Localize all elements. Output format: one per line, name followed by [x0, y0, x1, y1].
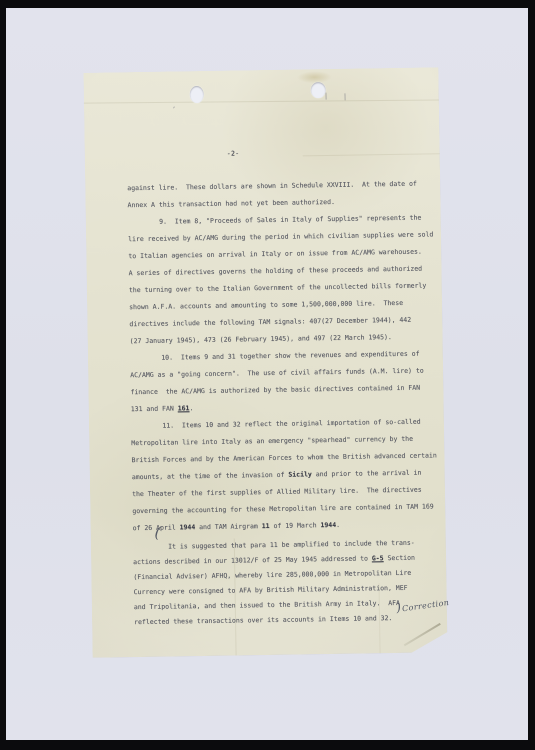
- text-segment: of 19 March: [269, 521, 320, 530]
- text-segment: 11. Items 10 and 32 reflect the original…: [131, 418, 421, 431]
- text-segment: Section: [383, 554, 414, 562]
- text-segment: British Forces and by the American Force…: [131, 451, 436, 464]
- text-segment: (Financial Adviser) AFHQ, whereby lire 2…: [133, 569, 411, 581]
- text-segment: .: [336, 521, 340, 529]
- text-segment: G-5: [372, 554, 384, 562]
- text-segment: 11: [262, 522, 270, 530]
- text-segment: .: [189, 404, 193, 412]
- photo-frame: , | | -2- against lire. These dollars ar…: [0, 0, 535, 750]
- text-segment: shown A.F.A. accounts and amounting to s…: [129, 299, 403, 311]
- text-segment: to Italian agencies on arrival in Italy …: [128, 248, 422, 261]
- text-segment: Sicily: [288, 470, 312, 478]
- text-segment: It is suggested that para 11 be amplifie…: [133, 539, 415, 551]
- text-segment: reflected these transactions over its ac…: [134, 614, 392, 626]
- text-segment: 9. Item 8, "Proceeds of Sales in Italy o…: [128, 214, 422, 227]
- text-segment: against lire. These dollars are shown in…: [127, 180, 417, 193]
- text-segment: directives include the following TAM sig…: [129, 316, 411, 328]
- text-segment: AC/AMG as a "going concern". The use of …: [130, 367, 424, 380]
- text-segment: 161: [178, 404, 190, 412]
- text-segment: 1944: [179, 523, 195, 531]
- document-paper: , | | -2- against lire. These dollars ar…: [83, 67, 447, 658]
- text-segment: and Tripolitania, and then issued to the…: [134, 599, 400, 611]
- text-segment: governing the accounting for these Metro…: [132, 502, 433, 515]
- text-segment: actions described in our 13012/F of 25 M…: [133, 554, 372, 566]
- mat-background: , | | -2- against lire. These dollars ar…: [6, 8, 528, 740]
- text-segment: Currency were consigned to AFA by Britis…: [134, 584, 408, 596]
- text-segment: 131 and FAN: [131, 404, 178, 413]
- text-segment: Metropolitan lire into Italy as an emerg…: [131, 435, 413, 447]
- text-segment: and TAM Airgram: [195, 522, 262, 531]
- punch-hole-left: [190, 86, 204, 103]
- document-body-text: against lire. These dollars are shown in…: [127, 175, 438, 537]
- pencil-mark-tick: |: [325, 93, 327, 100]
- text-segment: the Theater of the first supplies of All…: [132, 486, 422, 499]
- text-segment: A series of directives governs the holdi…: [129, 265, 423, 278]
- text-segment: the turning over to the Italian Governme…: [129, 281, 427, 294]
- pencil-mark-tick: |: [344, 94, 346, 101]
- text-segment: finance the AC/AMG is authorized by the …: [130, 384, 420, 397]
- text-segment: (27 January 1945), 473 (26 February 1945…: [130, 333, 392, 345]
- handwritten-close-paren: ): [395, 600, 402, 615]
- text-segment: 10. Items 9 and 31 together show the rev…: [130, 350, 420, 363]
- text-segment: amounts, at the time of the invasion of: [132, 471, 289, 481]
- page-number: -2-: [227, 149, 240, 157]
- text-segment: Annex A this transaction had not yet bee…: [127, 198, 335, 209]
- pencil-mark-comma: ,: [173, 102, 175, 109]
- document-note-text: It is suggested that para 11 be amplifie…: [133, 535, 439, 630]
- text-segment: and prior to the arrival in: [312, 469, 422, 479]
- text-segment: lire received by AC/AMG during the perio…: [128, 230, 433, 243]
- text-segment: 1944: [320, 521, 336, 529]
